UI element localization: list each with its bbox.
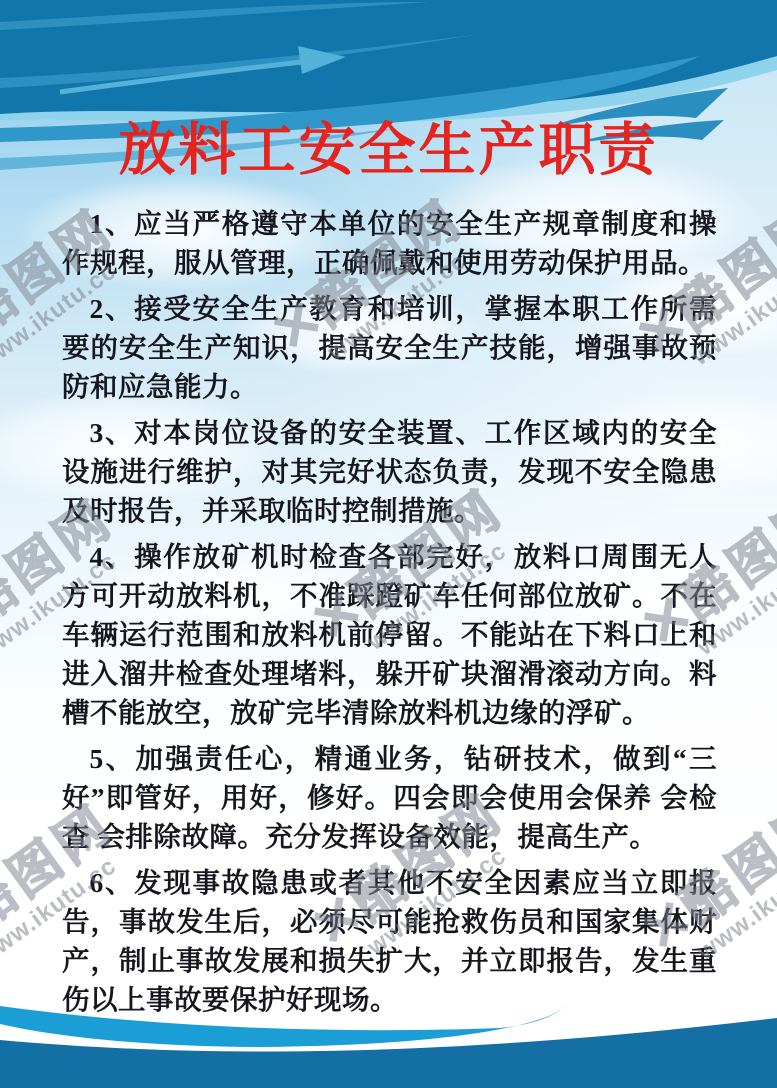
duty-paragraph: 3、对本岗位设备的安全装置、工作区域内的安全设施进行维护，对其完好状态负责，发现…: [62, 413, 717, 530]
duty-paragraph: 6、发现事故隐患或者其他不安全因素应当立即报告，事故发生后，必须尽可能抢救伤员和…: [62, 863, 717, 1019]
duty-paragraph: 5、加强责任心，精通业务，钻研技术，做到“三好”即管好，用好，修好。四会即会使用…: [62, 739, 717, 856]
duty-paragraph: 1、应当严格遵守本单位的安全生产规章制度和操作规程，服从管理，正确佩戴和使用劳动…: [62, 204, 717, 282]
duty-paragraph: 2、接受安全生产教育和培训，掌握本职工作所需要的安全生产知识，提高安全生产技能，…: [62, 289, 717, 406]
duty-paragraph: 4、操作放矿机时检查各部完好，放料口周围无人方可开动放料机，不准踩蹬矿车任何部位…: [62, 537, 717, 732]
duty-text-block: 1、应当严格遵守本单位的安全生产规章制度和操作规程，服从管理，正确佩戴和使用劳动…: [62, 204, 717, 1026]
safety-duty-poster: 放料工安全生产职责 1、应当严格遵守本单位的安全生产规章制度和操作规程，服从管理…: [0, 0, 777, 1088]
poster-title: 放料工安全生产职责: [0, 104, 777, 186]
